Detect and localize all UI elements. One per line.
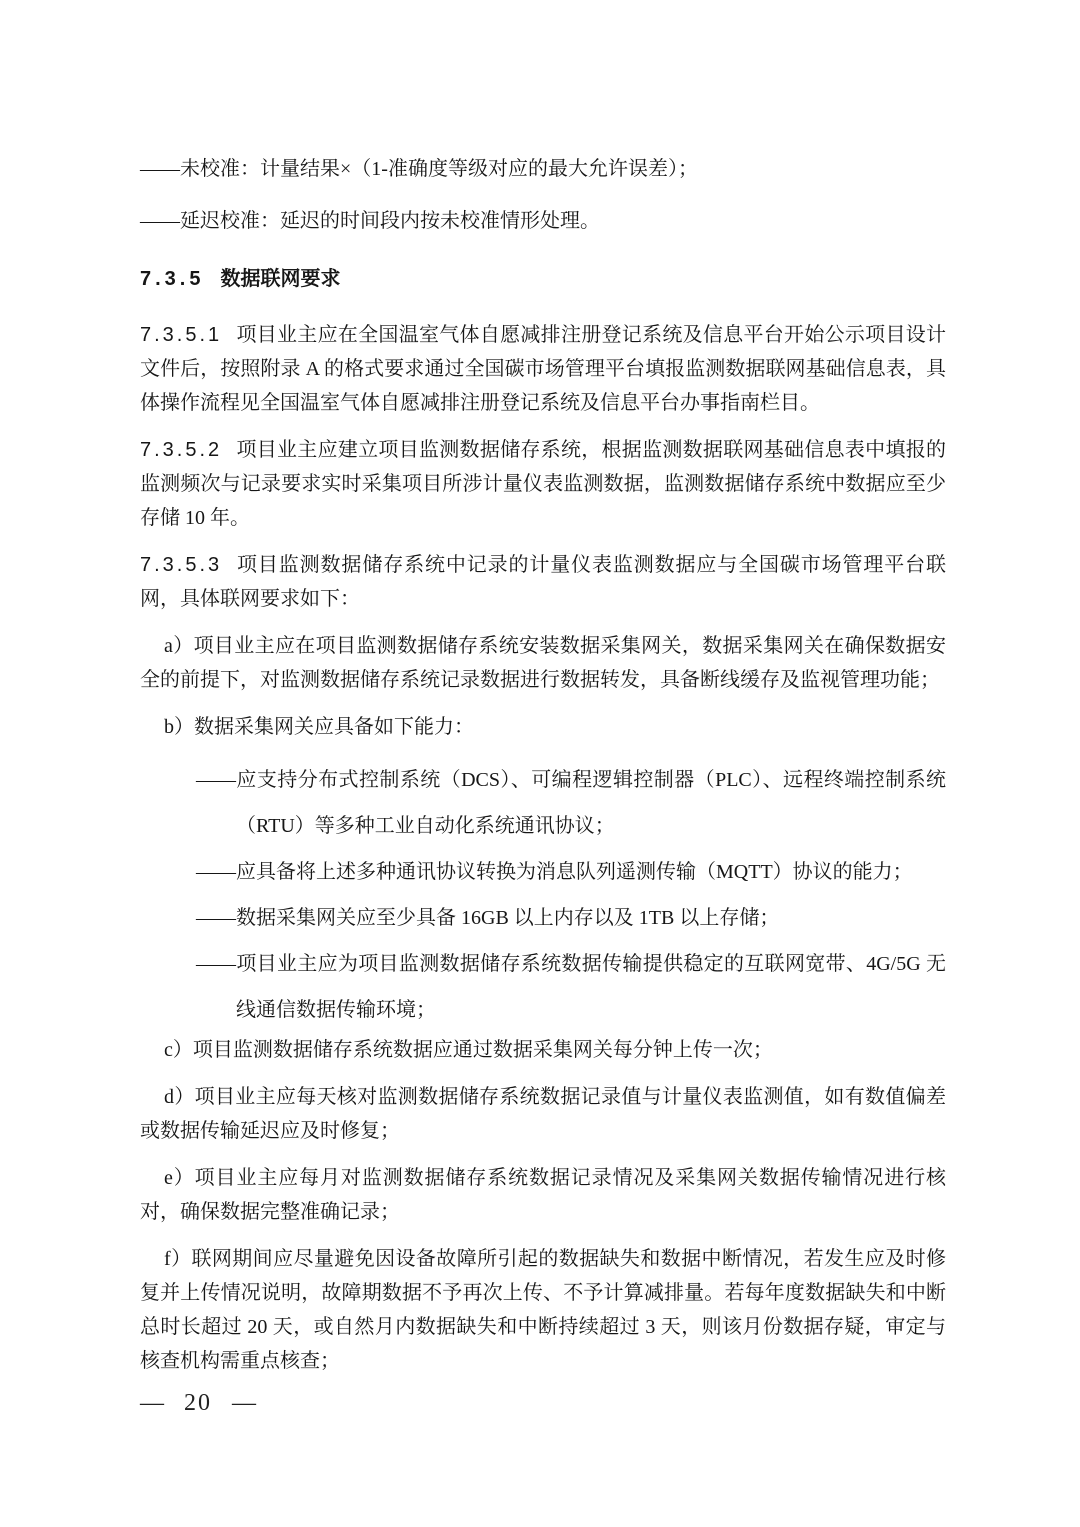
- dash-paragraph-delayed-calibration: ——延迟校准：延迟的时间段内按未校准情形处理。: [140, 204, 946, 238]
- clause-number: 7.3.5.3: [140, 554, 222, 576]
- dash-subitem-network: ——项目业主应为项目监测数据储存系统数据传输提供稳定的互联网宽带、4G/5G 无…: [140, 941, 946, 1033]
- document-content: ——未校准：计量结果×（1-准确度等级对应的最大允许误差）； ——延迟校准：延迟…: [140, 152, 946, 1391]
- section-heading: 7.3.5数据联网要求: [140, 262, 946, 296]
- dash-paragraph-uncalibrated: ——未校准：计量结果×（1-准确度等级对应的最大允许误差）；: [140, 152, 946, 186]
- list-item-e: e）项目业主应每月对监测数据储存系统数据记录情况及采集网关数据传输情况进行核对，…: [140, 1161, 946, 1229]
- clause-7-3-5-2: 7.3.5.2项目业主应建立项目监测数据储存系统，根据监测数据联网基础信息表中填…: [140, 433, 946, 535]
- clause-7-3-5-1: 7.3.5.1项目业主应在全国温室气体自愿减排注册登记系统及信息平台开始公示项目…: [140, 318, 946, 420]
- footer-right-dash: —: [232, 1390, 256, 1417]
- clause-7-3-5-3: 7.3.5.3项目监测数据储存系统中记录的计量仪表监测数据应与全国碳市场管理平台…: [140, 548, 946, 616]
- list-item-a: a）项目业主应在项目监测数据储存系统安装数据采集网关，数据采集网关在确保数据安全…: [140, 629, 946, 697]
- dash-subitem-mqtt: ——应具备将上述多种通讯协议转换为消息队列遥测传输（MQTT）协议的能力；: [140, 849, 946, 895]
- list-item-c: c）项目监测数据储存系统数据应通过数据采集网关每分钟上传一次；: [140, 1033, 946, 1067]
- clause-text: 项目业主应建立项目监测数据储存系统，根据监测数据联网基础信息表中填报的监测频次与…: [140, 439, 946, 529]
- footer-left-dash: —: [140, 1390, 164, 1417]
- clause-text: 项目业主应在全国温室气体自愿减排注册登记系统及信息平台开始公示项目设计文件后，按…: [140, 324, 946, 414]
- section-number: 7.3.5: [140, 268, 204, 290]
- list-item-d: d）项目业主应每天核对监测数据储存系统数据记录值与计量仪表监测值，如有数值偏差或…: [140, 1080, 946, 1148]
- list-item-b: b）数据采集网关应具备如下能力：: [140, 710, 946, 744]
- page-number: 20: [184, 1390, 212, 1417]
- clause-number: 7.3.5.1: [140, 324, 222, 346]
- list-item-f: f）联网期间应尽量避免因设备故障所引起的数据缺失和数据中断情况，若发生应及时修复…: [140, 1242, 946, 1378]
- clause-text: 项目监测数据储存系统中记录的计量仪表监测数据应与全国碳市场管理平台联网，具体联网…: [140, 554, 946, 610]
- section-title: 数据联网要求: [220, 268, 340, 290]
- dash-subitem-storage: ——数据采集网关应至少具备 16GB 以上内存以及 1TB 以上存储；: [140, 895, 946, 941]
- clause-number: 7.3.5.2: [140, 439, 222, 461]
- dash-subitem-protocols: ——应支持分布式控制系统（DCS）、可编程逻辑控制器（PLC）、远程终端控制系统…: [140, 757, 946, 849]
- page-footer: — 20 —: [140, 1390, 256, 1417]
